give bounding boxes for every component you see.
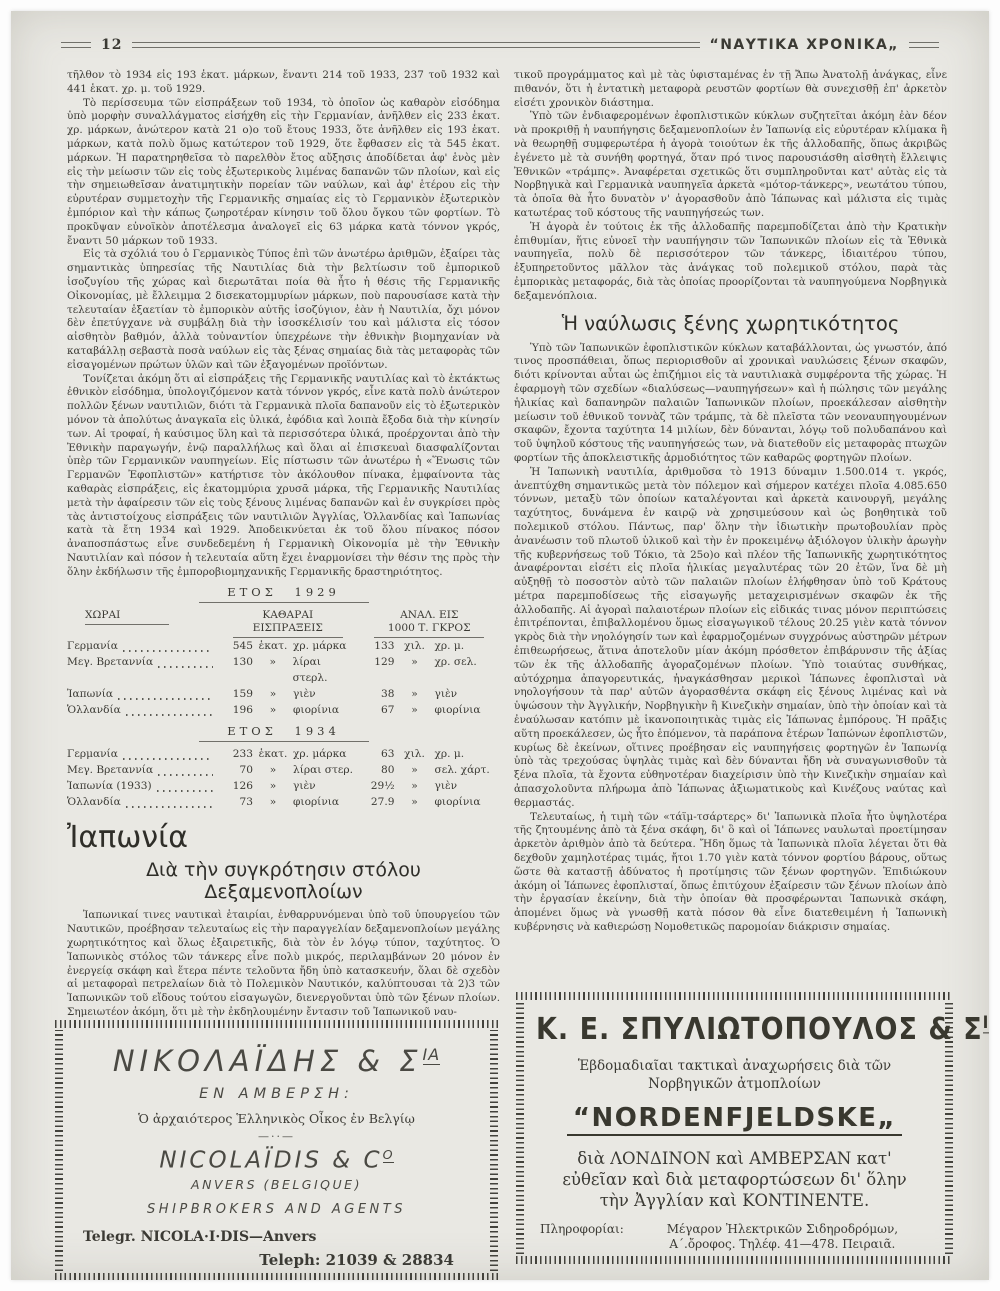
country-name: Ὁλλανδία [67,794,121,810]
ad-tagline-greek: Ὁ ἀρχαιότερος Ἑλληνικὸς Οἶκος ἐν Βελγίῳ [75,1111,478,1126]
scale: » [395,762,435,778]
ad-business-line: SHIPBROKERS AND AGENTS [75,1202,478,1217]
ad-border-bottom [516,1256,953,1264]
body-paragraph: Ἰαπωνικαί τινες ναυτικαὶ ἑταιρίαι, ἐνθαρ… [67,909,500,1019]
section-title-japan: Ἰαπωνία [67,820,500,855]
body-paragraph: Ἡ Ἰαπωνικὴ ναυτιλία, ἀριθμοῦσα τὸ 1913 δ… [514,466,947,811]
ad-spyliotopoulos: Κ. Ε. ΣΠΥΛΙΩΤΟΠΟΥΛΟΣ & ΣΙΑ Ἑβδομαδιαῖαι … [516,992,953,1264]
table-row: Ἰαπωνία (1933) 126»γιὲν 29½»γιὲν [67,778,500,794]
ad-telegraph-address: Telegr. NICOLA·I·DIS—Anvers [75,1229,478,1245]
column-header-net-receipts: ΚΑΘΑΡΑΙΕΙΣΠΡΑΞΕΙΣ [217,609,359,638]
info-label: Πληροφορίαι: [540,1222,624,1252]
table-row: Μεγ. Βρεταννία 130»λίραι στερλ. 129»χρ. … [67,654,500,686]
section-subtitle-tanker-fleet: Διὰ τὴν συγκρότησιν στόλου Δεξαμενοπλοίω… [67,859,500,903]
page-header: 12 “ΝΑΥΤΙΚΑ ΧΡΟΝΙΚΑ„ [11,11,989,59]
ad-border-right [490,1030,498,1271]
divider [199,602,369,603]
scale: ἑκατ. [253,638,293,654]
scale: χιλ. [395,746,435,762]
scale: » [395,794,435,810]
table-header-row: ΧΩΡΑΙ ΚΑΘΑΡΑΙΕΙΣΠΡΑΞΕΙΣ ΑΝΑΛ. ΕΙΣ1000 Τ.… [67,609,500,638]
receipts-table-1934: Γερμανία 233ἑκατ.χρ. μάρκα 63χιλ.χρ. μ. … [67,746,500,810]
value: 130 [217,654,253,670]
unit: γιὲν [293,778,316,794]
ad-company-name: Κ. Ε. ΣΠΥΛΙΩΤΟΠΟΥΛΟΣ & ΣΙΑ [536,1012,933,1047]
header-underline [85,624,169,625]
unit: λίραι στερ. [293,762,353,778]
ad-destinations: διὰ ΛΟΝΔΙΝΟΝ καὶ ΑΜΒΕΡΣΑΝ κατ' εὐθεῖαν κ… [555,1148,915,1211]
ad-border-top [516,992,953,1000]
scale: » [395,778,435,794]
value: 70 [217,762,253,778]
ad-brand-nordenfjeldske: “NORDENFJELDSKE„ [567,1103,902,1136]
unit: φιορίνια [435,702,481,718]
value: 73 [217,794,253,810]
table-year-heading-1934: ΕΤΟΣ 1934 [67,724,500,738]
right-column: τικοῦ προγράμματος καὶ μὲ τὰς ὑφισταμένα… [514,69,947,1264]
column-header-countries: ΧΩΡΑΙ [67,609,217,638]
ad-border-top [55,1020,498,1028]
unit: φιορίνια [293,794,339,810]
info-text: Μέγαρον Ἠλεκτρικῶν Σιδηροδρόμων, Α΄.ὄροφ… [636,1222,929,1252]
page-number: 12 [101,37,122,53]
table-year-heading-1929: ΕΤΟΣ 1929 [67,585,500,599]
table-row: Γερμανία 545ἑκατ.χρ. μάρκα 133χιλ.χρ. μ. [67,638,500,654]
country-name: Γερμανία [67,746,118,762]
column-header-per-1000t: ΑΝΑΛ. ΕΙΣ1000 Τ. ΓΚΡΟΣ [359,609,501,638]
scale: » [253,762,293,778]
country-name: Γερμανία [67,638,118,654]
ad-location-greek: ΕΝ ΑΜΒΕΡΣΗ: [75,1086,478,1102]
unit: λίραι στερλ. [293,654,359,686]
table-row: Ὁλλανδία 73»φιορίνια 27.9»φιορίνια [67,794,500,810]
value: 196 [217,702,253,718]
body-paragraph: Εἰς τὰ σχόλιά του ὁ Γερμανικὸς Τύπος ἐπὶ… [67,248,500,372]
value: 29½ [359,778,395,794]
unit: φιορίνια [435,794,481,810]
ad-location-latin: ANVERS (BELGIQUE) [75,1177,478,1192]
header-rule-middle [132,42,699,48]
header-rule-right [909,42,939,48]
value: 545 [217,638,253,654]
scale: » [253,654,293,670]
ornament-divider: —··— [75,1130,478,1143]
unit: φιορίνια [293,702,339,718]
unit: χρ. μ. [435,638,465,654]
value: 126 [217,778,253,794]
country-name: Ἰαπωνία (1933) [67,778,152,794]
company-suffix: ΙΑ [983,1012,989,1033]
ad-border-bottom [55,1273,498,1280]
unit: χρ. μάρκα [293,746,346,762]
value: 80 [359,762,395,778]
value: 129 [359,654,395,670]
ad-nicolaidis: ΝΙΚΟΛΑΪΔΗΣ & ΣΙΑ ΕΝ ΑΜΒΕΡΣΗ: Ὁ ἀρχαιότερ… [55,1020,498,1280]
body-paragraph: τικοῦ προγράμματος καὶ μὲ τὰς ὑφισταμένα… [514,69,947,110]
company-suffix: ΙΑ [423,1045,441,1065]
value: 133 [359,638,395,654]
table-row: Ἰαπωνία 159»γιὲν 38»γιὲν [67,686,500,702]
country-name: Ὁλλανδία [67,702,121,718]
dot-leader [118,698,213,700]
unit: σελ. χάρτ. [435,762,490,778]
section-title-chartering: Ἡ ναύλωσις ξένης χωρητικότητος [514,312,947,335]
scanned-magazine-page: 12 “ΝΑΥΤΙΚΑ ΧΡΟΝΙΚΑ„ τῆλθον τὸ 1934 εἰς … [11,11,989,1280]
body-paragraph: Ἡ ἀγορὰ ἐν τούτοις ἐκ τῆς ἀλλοδαπῆς παρε… [514,221,947,304]
body-paragraph: Ὑπὸ τῶν Ἰαπωνικῶν ἐφοπλιστικῶν κύκλων κα… [514,342,947,466]
table-row: Μεγ. Βρεταννία 70»λίραι στερ. 80»σελ. χά… [67,762,500,778]
scale: » [395,702,435,718]
value: 67 [359,702,395,718]
table-row: Γερμανία 233ἑκατ.χρ. μάρκα 63χιλ.χρ. μ. [67,746,500,762]
ad-telephone-numbers: Teleph: 21039 & 28834 [75,1251,478,1269]
value: 233 [217,746,253,762]
dot-leader [126,714,213,716]
scale: » [253,702,293,718]
body-paragraph: Ὑπὸ τῶν ἐνδιαφερομένων ἐφοπλιστικῶν κύκλ… [514,110,947,220]
unit: χρ. μ. [435,746,465,762]
scale: » [395,654,435,670]
dot-leader [158,774,213,776]
unit: γιὲν [435,778,458,794]
value: 159 [217,686,253,702]
body-paragraph: Τὸ περίσσευμα τῶν εἰσπράξεων τοῦ 1934, τ… [67,97,500,249]
unit: χρ. μάρκα [293,638,346,654]
dot-leader [123,650,213,652]
receipts-table-1929: ΧΩΡΑΙ ΚΑΘΑΡΑΙΕΙΣΠΡΑΞΕΙΣ ΑΝΑΛ. ΕΙΣ1000 Τ.… [67,607,500,718]
scale: » [395,686,435,702]
ad-company-name-greek: ΝΙΚΟΛΑΪΔΗΣ & ΣΙΑ [75,1044,478,1078]
ad-subtitle: Ἑβδομαδιαῖαι τακτικαὶ ἀναχωρήσεις διὰ τῶ… [545,1057,925,1093]
body-paragraph: Τονίζεται ἀκόμη ὅτι αἱ εἰσπράξεις τῆς Γε… [67,373,500,580]
dot-leader [158,666,213,668]
scale: χιλ. [395,638,435,654]
country-name: Ἰαπωνία [67,686,113,702]
dot-leader [123,758,213,760]
country-name: Μεγ. Βρεταννία [67,654,153,670]
ad-contact-info: Πληροφορίαι: Μέγαρον Ἠλεκτρικῶν Σιδηροδρ… [536,1222,933,1252]
divider [199,741,369,742]
dot-leader [157,790,213,792]
table-row: Ὁλλανδία 196»φιορίνια 67»φιορίνια [67,702,500,718]
ad-border-left [516,1002,524,1254]
scale: » [253,686,293,702]
value: 63 [359,746,395,762]
unit: γιὲν [293,686,316,702]
scale: » [253,778,293,794]
body-paragraph: Τελευταίως, ἡ τιμὴ τῶν «τάϊμ-τσάρτερς» δ… [514,811,947,935]
unit: χρ. σελ. [435,654,477,670]
two-column-body: τῆλθον τὸ 1934 εἰς 193 ἑκατ. μάρκων, ἔνα… [11,59,989,1280]
dot-leader [126,806,213,808]
ad-border-left [55,1030,63,1271]
country-name: Μεγ. Βρεταννία [67,762,153,778]
body-paragraph: τῆλθον τὸ 1934 εἰς 193 ἑκατ. μάρκων, ἔνα… [67,69,500,97]
header-rule-left [61,42,91,48]
ad-company-name-latin: NICOLAÏDIS & CO [75,1147,478,1174]
scale: » [253,794,293,810]
unit: γιὲν [435,686,458,702]
left-column: τῆλθον τὸ 1934 εἰς 193 ἑκατ. μάρκων, ἔνα… [67,69,500,1264]
value: 38 [359,686,395,702]
company-suffix: O [383,1147,394,1163]
value: 27.9 [359,794,395,810]
journal-title: “ΝΑΥΤΙΚΑ ΧΡΟΝΙΚΑ„ [710,37,899,53]
scale: ἑκατ. [253,746,293,762]
